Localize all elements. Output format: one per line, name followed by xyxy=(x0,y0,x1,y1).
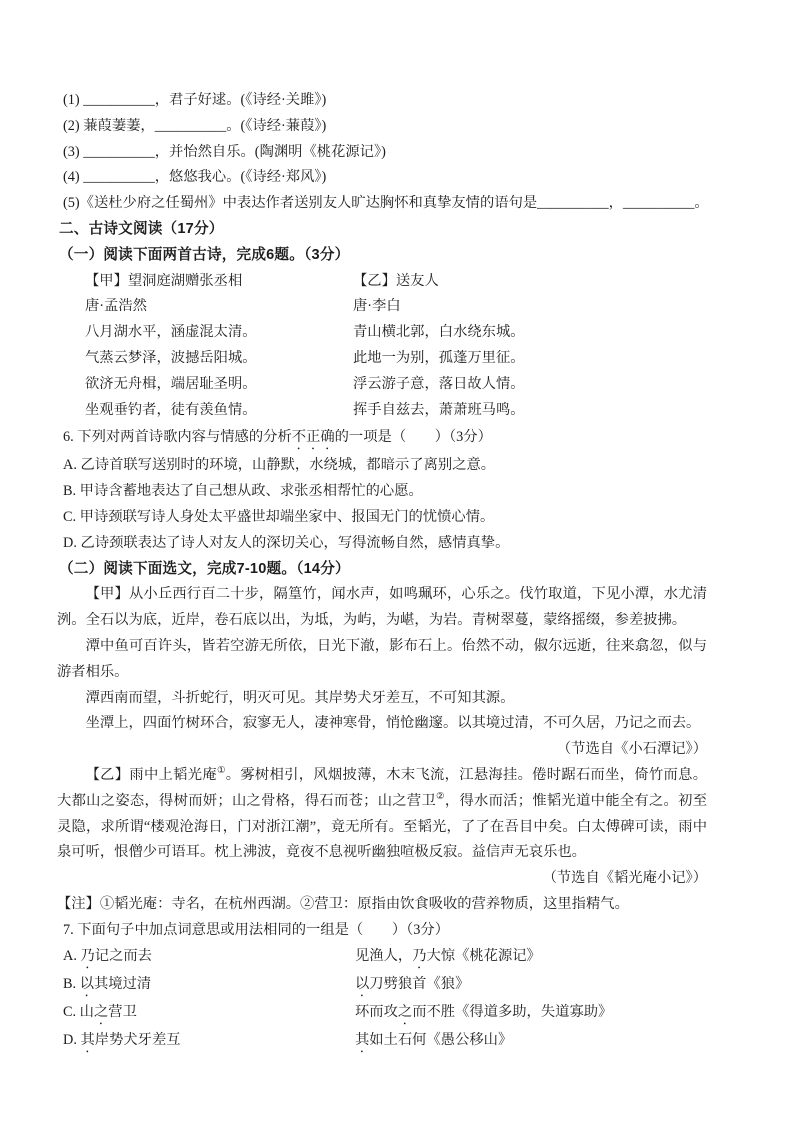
q6-option-c: C. 甲诗颈联写诗人身处太平盛世却端坐家中、报国无门的忧愤心情。 xyxy=(63,505,707,531)
exam-paper-page: (1) __________，君子好逑。(《诗经·关雎》) (2) 蒹葭萋萋，_… xyxy=(0,0,793,1122)
q7-b-left-emphasis: 以 xyxy=(80,976,94,992)
q7-c-right-pre: 环而攻 xyxy=(355,1004,398,1020)
poem-line-row: 气蒸云梦泽，波撼岳阳城。 此地一为别，孤蓬万里征。 xyxy=(85,346,707,372)
poem-yi-line: 挥手自兹去，萧萧班马鸣。 xyxy=(353,398,707,424)
q7-a-left-emphasis: 乃 xyxy=(80,948,94,964)
q7-b-right-emphasis: 以 xyxy=(355,976,369,992)
footnote-marker-2: ② xyxy=(436,792,445,802)
q7-c-right-post: 而不胜《得道多助，失道寡助》 xyxy=(412,1004,612,1020)
footnote-marker-1: ① xyxy=(217,766,226,776)
q7-b-left-pre: B. xyxy=(63,976,80,992)
poem-jia-line: 欲济无舟楫，端居耻圣明。 xyxy=(85,372,353,398)
q7-stem: 7. 下面句子中加点词意思或用法相同的一组是（ ）（3分） xyxy=(63,918,707,944)
fill-in-item-5: (5)《送杜少府之任蜀州》中表达作者送别友人旷达胸怀和真挚友情的语句是_____… xyxy=(63,191,707,217)
q7-option-b: B. 以其境过清 以刀劈狼首《狼》 xyxy=(63,972,707,1000)
passage-yi: 【乙】雨中上韬光庵①。雾树相引，风烟披薄，木末飞流，江悬海挂。倦时踞石而坐，倚竹… xyxy=(57,763,707,892)
poem-jia-line: 八月湖水平，涵虚混太清。 xyxy=(85,320,353,346)
q7-d-left-post: 岸势犬牙差互 xyxy=(95,1032,181,1048)
q7-c-left-emphasis: 之 xyxy=(94,1004,108,1020)
footnote-line: 【注】①韬光庵：寺名，在杭州西湖。②营卫：原指由饮食吸收的营养物质，这里指精气。 xyxy=(57,892,707,918)
q6-option-a: A. 乙诗首联写送别时的环境，山静默，水绕城，都暗示了离别之意。 xyxy=(63,453,707,479)
q7-option-b-right: 以刀劈狼首《狼》 xyxy=(355,972,707,1000)
q7-d-right-post: 如土石何《愚公移山》 xyxy=(369,1032,512,1048)
q7-option-c-left: C. 山之营卫 xyxy=(63,1000,355,1028)
q7-c-left-post: 营卫 xyxy=(108,1004,137,1020)
q7-option-d-left: D. 其岸势犬牙差互 xyxy=(63,1028,355,1056)
q7-a-right-emphasis: 乃 xyxy=(412,948,426,964)
poem-yi-author: 唐·李白 xyxy=(353,294,707,320)
q7-c-left-pre: C. 山 xyxy=(63,1004,94,1020)
q7-d-left-pre: D. xyxy=(63,1032,80,1048)
q7-a-left-post: 记之而去 xyxy=(95,948,152,964)
poem-authors-row: 唐·孟浩然 唐·李白 xyxy=(85,294,707,320)
q7-option-d: D. 其岸势犬牙差互 其如土石何《愚公移山》 xyxy=(63,1028,707,1056)
q7-b-right-post: 刀劈狼首《狼》 xyxy=(369,976,469,992)
poem-jia-line: 坐观垂钓者，徒有羡鱼情。 xyxy=(85,398,353,424)
passage-yi-seg1: 【乙】雨中上韬光庵 xyxy=(86,767,217,783)
poem-line-row: 坐观垂钓者，徒有羡鱼情。 挥手自兹去，萧萧班马鸣。 xyxy=(85,398,707,424)
fill-in-item-1: (1) __________，君子好逑。(《诗经·关雎》) xyxy=(63,88,707,114)
q7-option-d-right: 其如土石何《愚公移山》 xyxy=(355,1028,707,1056)
q7-option-a: A. 乃记之而去 见渔人，乃大惊《桃花源记》 xyxy=(63,944,707,972)
poem-yi-line: 此地一为别，孤蓬万里征。 xyxy=(353,346,707,372)
subsection-2-heading: （二）阅读下面选文，完成7-10题。（14分） xyxy=(59,557,707,583)
passage-jia: 【甲】从小丘西行百二十步，隔篁竹，闻水声，如鸣珮环，心乐之。伐竹取道，下见小潭，… xyxy=(57,582,707,763)
q7-d-right-emphasis: 其 xyxy=(355,1032,369,1048)
poems-block: 【甲】望洞庭湖赠张丞相 【乙】送友人 唐·孟浩然 唐·李白 八月湖水平，涵虚混太… xyxy=(85,269,707,424)
q6-stem: 6. 下列对两首诗歌内容与情感的分析不正确的一项是（ ）（3分） xyxy=(63,425,707,453)
poem-yi-line: 青山横北郭，白水绕东城。 xyxy=(353,320,707,346)
q7-a-right-pre: 见渔人， xyxy=(355,948,412,964)
passage-jia-source: （节选自《小石潭记》） xyxy=(57,737,707,763)
subsection-1-heading: （一）阅读下面两首古诗，完成6题。（3分） xyxy=(59,243,707,269)
q6-option-d: D. 乙诗颈联表达了诗人对友人的深切关心，写得流畅自然，感情真挚。 xyxy=(63,531,707,557)
section-heading: 二、古诗文阅读（17分） xyxy=(59,217,707,243)
q7-c-right-emphasis: 之 xyxy=(398,1004,412,1020)
q7-a-left-pre: A. xyxy=(63,948,80,964)
poem-line-row: 八月湖水平，涵虚混太清。 青山横北郭，白水绕东城。 xyxy=(85,320,707,346)
exam-content: (1) __________，君子好逑。(《诗经·关雎》) (2) 蒹葭萋萋，_… xyxy=(0,0,793,1056)
passage-jia-paragraph-4: 坐潭上，四面竹树环合，寂寥无人，凄神寒骨，悄怆幽邃。以其境过清，不可久居，乃记之… xyxy=(57,711,707,737)
q7-d-left-emphasis: 其 xyxy=(80,1032,94,1048)
q7-option-c-right: 环而攻之而不胜《得道多助，失道寡助》 xyxy=(355,1000,707,1028)
poem-yi-line: 浮云游子意，落日故人情。 xyxy=(353,372,707,398)
passage-jia-paragraph-2: 潭中鱼可百许头，皆若空游无所依，日光下澈，影布石上。佁然不动，俶尔远逝，往来翕忽… xyxy=(57,634,707,686)
q7-option-a-left: A. 乃记之而去 xyxy=(63,944,355,972)
poem-line-row: 欲济无舟楫，端居耻圣明。 浮云游子意，落日故人情。 xyxy=(85,372,707,398)
q6-stem-pre: 6. 下列对两首诗歌内容与情感的分析 xyxy=(63,429,292,445)
q7-b-left-post: 其境过清 xyxy=(94,976,151,992)
fill-in-item-3: (3) __________，并怡然自乐。(陶渊明《桃花源记》) xyxy=(63,140,707,166)
q6-option-b: B. 甲诗含蓄地表达了自己想从政、求张丞相帮忙的心愿。 xyxy=(63,479,707,505)
q7-option-a-right: 见渔人，乃大惊《桃花源记》 xyxy=(355,944,707,972)
poem-titles-row: 【甲】望洞庭湖赠张丞相 【乙】送友人 xyxy=(85,269,707,295)
q7-option-c: C. 山之营卫 环而攻之而不胜《得道多助，失道寡助》 xyxy=(63,1000,707,1028)
fill-in-item-4: (4) __________，悠悠我心。(《诗经·郑风》) xyxy=(63,165,707,191)
poem-jia-title: 【甲】望洞庭湖赠张丞相 xyxy=(85,269,353,295)
poem-yi-title: 【乙】送友人 xyxy=(353,269,707,295)
passage-yi-source: （节选自《韬光庵小记》） xyxy=(57,866,707,892)
poem-jia-line: 气蒸云梦泽，波撼岳阳城。 xyxy=(85,346,353,372)
poem-jia-author: 唐·孟浩然 xyxy=(85,294,353,320)
passage-jia-paragraph-1: 【甲】从小丘西行百二十步，隔篁竹，闻水声，如鸣珮环，心乐之。伐竹取道，下见小潭，… xyxy=(57,582,707,634)
q7-option-b-left: B. 以其境过清 xyxy=(63,972,355,1000)
q6-stem-emphasis: 不正确 xyxy=(292,429,335,445)
q6-stem-post: 的一项是（ ）（3分） xyxy=(335,429,492,445)
passage-yi-paragraph: 【乙】雨中上韬光庵①。雾树相引，风烟披薄，木末飞流，江悬海挂。倦时踞石而坐，倚竹… xyxy=(57,763,707,866)
fill-in-item-2: (2) 蒹葭萋萋，__________。(《诗经·蒹葭》) xyxy=(63,114,707,140)
passage-jia-paragraph-3: 潭西南而望，斗折蛇行，明灭可见。其岸势犬牙差互，不可知其源。 xyxy=(57,686,707,712)
q7-a-right-post: 大惊《桃花源记》 xyxy=(426,948,540,964)
